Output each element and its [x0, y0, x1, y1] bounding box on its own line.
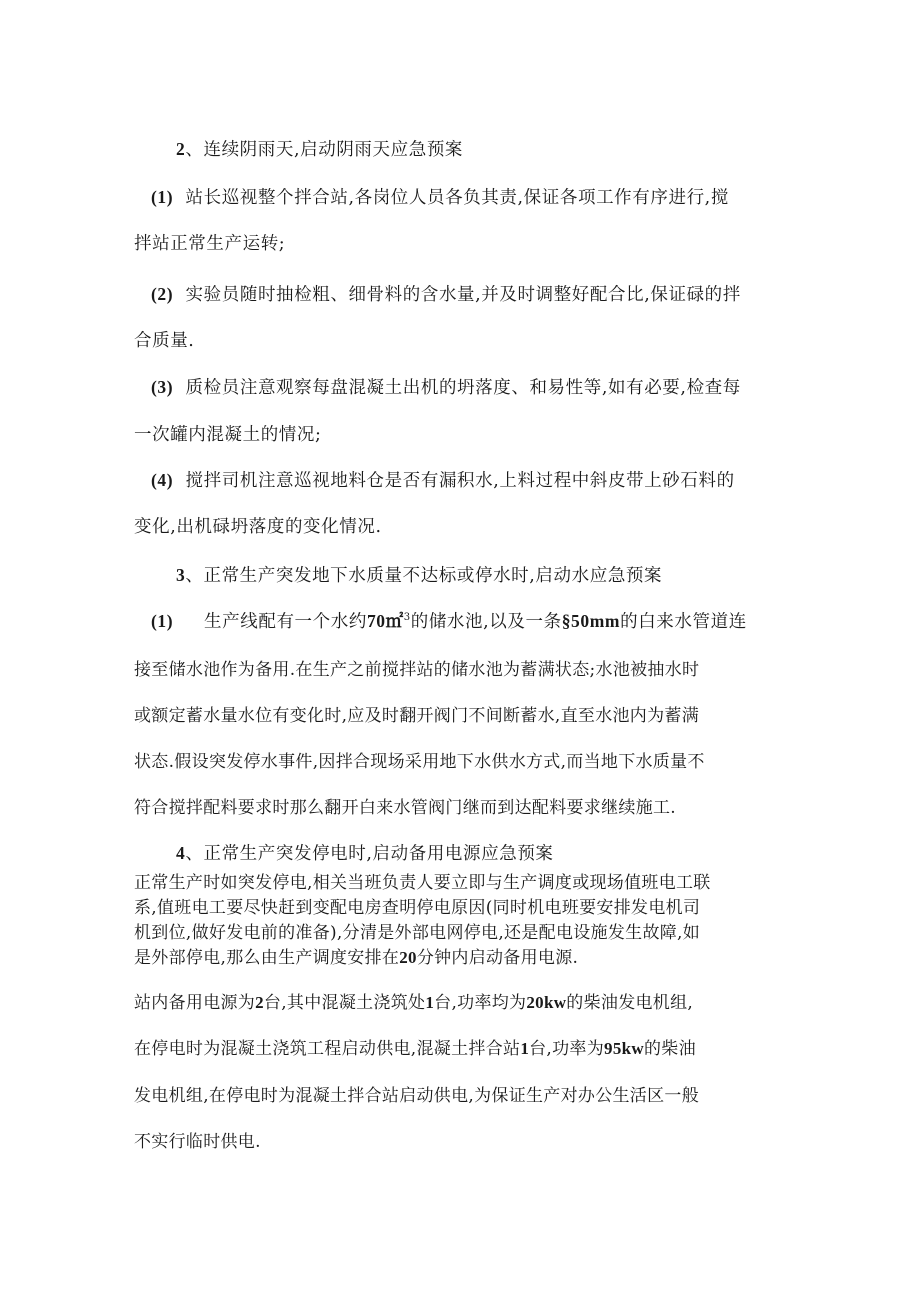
list-item-2-1-cont: 拌站正常生产运转;: [134, 230, 285, 255]
paragraph-line: 发电机组,在停电时为混凝土拌合站启动供电,为保证生产对办公生活区一般: [134, 1081, 699, 1106]
item-label: (3): [151, 377, 173, 397]
paragraph-line: 是外部停电,那么由生产调度安排在20分钟内启动备用电源.: [134, 943, 578, 968]
list-item-2-2-cont: 合质量.: [134, 327, 194, 352]
heading-number: 3: [176, 565, 185, 585]
list-item-2-4: (4) 搅拌司机注意巡视地料仓是否有漏积水,上料过程中斜皮带上砂石料的: [151, 467, 735, 492]
paragraph-line: 系,值班电工要尽快赶到变配电房查明停电原因(同时机电班要安排发电机司: [134, 893, 700, 918]
paragraph-line: 不实行临时供电.: [134, 1127, 261, 1152]
heading-number: 4: [176, 843, 185, 863]
list-item-2-1: (1) 站长巡视整个拌合站,各岗位人员各负其责,保证各项工作有序进行,搅: [151, 184, 729, 209]
section-heading-3: 3、正常生产突发地下水质量不达标或停水时,启动水应急预案: [176, 562, 662, 587]
section-heading-4: 4、正常生产突发停电时,启动备用电源应急预案: [176, 840, 554, 865]
list-item-3-1-cont-2: 或额定蓄水量水位有变化时,应及时翻开阀门不间断蓄水,直至水池内为蓄满: [134, 701, 699, 726]
list-item-2-4-cont: 变化,出机碌坍落度的变化情况.: [134, 513, 382, 538]
list-item-2-3-cont: 一次罐内混凝土的情况;: [134, 421, 322, 446]
section-heading-2: 2、连续阴雨天,启动阴雨天应急预案: [176, 136, 463, 161]
heading-text: 正常生产突发停电时,启动备用电源应急预案: [203, 844, 553, 864]
item-label: (1): [151, 611, 173, 631]
list-item-2-3: (3) 质检员注意观察每盘混凝土出机的坍落度、和易性等,如有必要,检查每: [151, 374, 741, 399]
heading-text: 正常生产突发地下水质量不达标或停水时,启动水应急预案: [203, 566, 662, 586]
list-item-3-1-cont-1: 接至储水池作为备用.在生产之前搅拌站的储水池为蓄满状态;水池被抽水时: [134, 655, 699, 680]
heading-number: 2: [176, 139, 185, 159]
item-label: (4): [151, 470, 173, 490]
paragraph-line: 在停电时为混凝土浇筑工程启动供电,混凝土拌合站1台,功率为95kw的柴油: [134, 1034, 696, 1059]
paragraph-line: 正常生产时如突发停电,相关当班负责人要立即与生产调度或现场值班电工联: [134, 868, 711, 893]
item-label: (2): [151, 284, 173, 304]
heading-text: 连续阴雨天,启动阴雨天应急预案: [203, 140, 463, 160]
item-label: (1): [151, 187, 173, 207]
paragraph-line: 站内备用电源为2台,其中混凝土浇筑处1台,功率均为20kw的柴油发电机组,: [134, 988, 693, 1013]
list-item-2-2: (2) 实验员随时抽检粗、细骨料的含水量,并及时调整好配合比,保证碌的拌: [151, 281, 741, 306]
list-item-3-1: (1) 生产线配有一个水约70㎡3的储水池,以及一条§50mm的白来水管道连: [151, 608, 747, 633]
list-item-3-1-cont-3: 状态.假设突发停水事件,因拌合现场采用地下水供水方式,而当地下水质量不: [134, 747, 705, 772]
paragraph-line: 机到位,做好发电前的准备),分清是外部电网停电,还是配电设施发生故障,如: [134, 918, 700, 943]
list-item-3-1-cont-4: 符合搅拌配料要求时那么翻开白来水管阀门继而到达配料要求继续施工.: [134, 793, 676, 818]
